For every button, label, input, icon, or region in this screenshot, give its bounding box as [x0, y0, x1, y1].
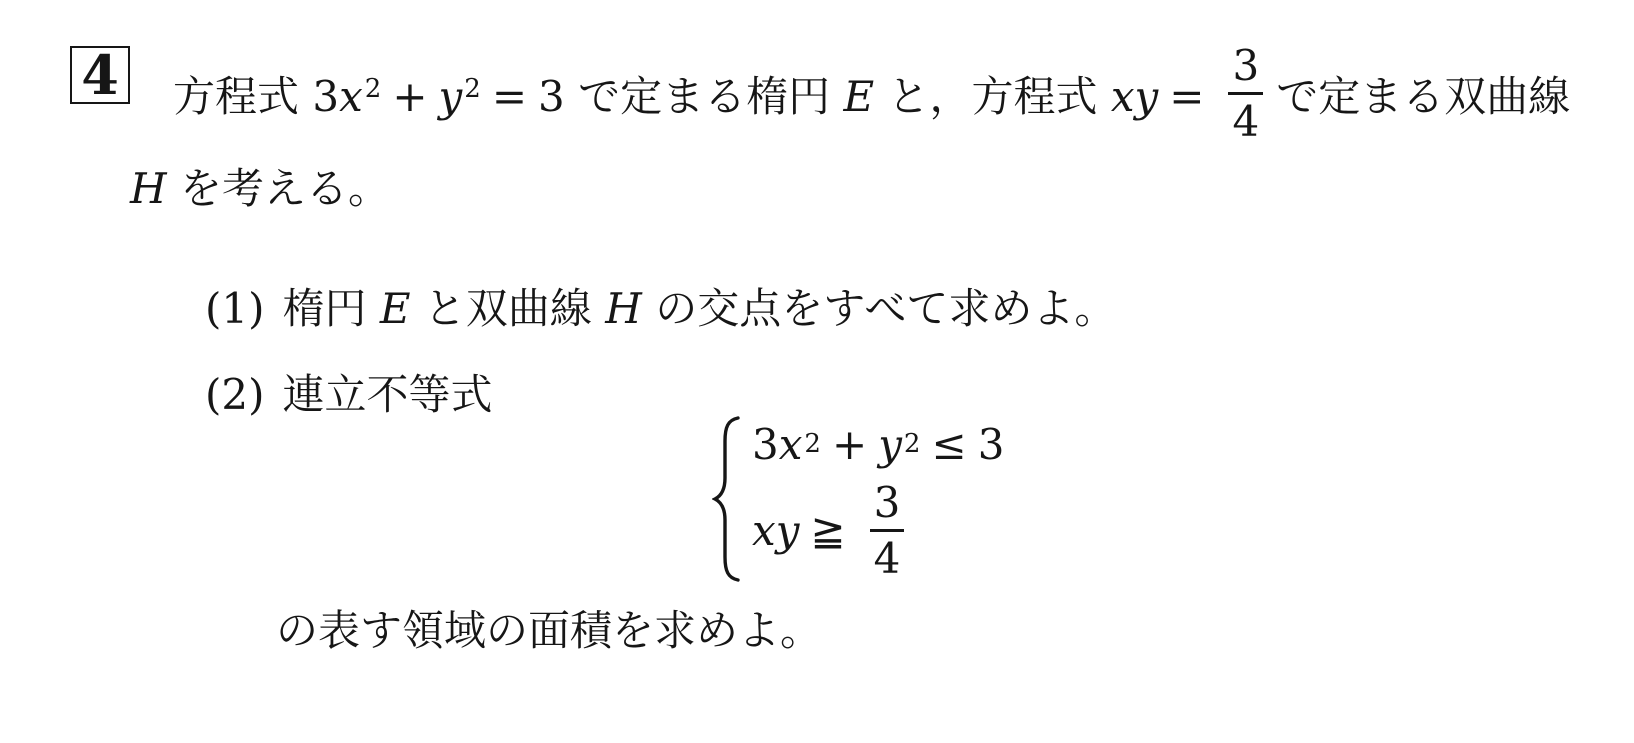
problem-number: 4 — [81, 43, 119, 107]
fraction-three-fourths: 34 — [870, 483, 905, 579]
item-2-label: 連立不等式 — [283, 362, 493, 422]
closing-text: の表す領域の面積を求めよ。 — [276, 598, 822, 658]
intro-text-3: と，方程式 — [874, 72, 1111, 121]
variable-x: x — [1111, 72, 1135, 121]
fraction-denominator: 4 — [870, 532, 905, 579]
variable-y: y — [439, 72, 463, 121]
right-hand-side: 3 — [538, 72, 565, 121]
inequality-rows: 3x2+y2≤3 xy≧34 — [752, 420, 1004, 579]
variable-y: y — [878, 420, 902, 469]
question-item-1: (1) 楕円 E と双曲線 H の交点をすべて求めよ。 — [205, 276, 1116, 336]
hyperbola-name: H — [605, 284, 642, 333]
ellipse-equation: 3x2+y2=3 — [312, 72, 564, 121]
item-2-marker: (2) — [205, 370, 265, 419]
hyperbola-name: H — [130, 164, 167, 213]
coefficient: 3 — [752, 420, 779, 469]
intro-text-1: 方程式 — [173, 72, 312, 121]
inequality-row-2: xy≧34 — [752, 483, 1004, 579]
left-brace — [712, 414, 742, 584]
inequality-row-1: 3x2+y2≤3 — [752, 420, 1004, 469]
item-1-marker: (1) — [205, 284, 265, 333]
coefficient: 3 — [312, 72, 339, 121]
item-1-text: 楕円 E と双曲線 H の交点をすべて求めよ。 — [283, 276, 1117, 336]
intro-text-2: で定まる楕円 — [565, 72, 844, 121]
fraction-numerator: 3 — [1228, 46, 1263, 92]
plus-sign: + — [832, 420, 867, 469]
variable-x: x — [779, 420, 803, 469]
exponent: 2 — [365, 74, 382, 104]
ellipse-name: E — [843, 72, 874, 121]
item-1-text-part: の交点をすべて求めよ。 — [642, 284, 1117, 333]
intro-text-5: を考える。 — [167, 164, 390, 213]
variable-y: y — [1135, 72, 1159, 121]
fraction-three-fourths: 3 4 — [1228, 46, 1263, 142]
fraction-numerator: 3 — [870, 483, 905, 529]
right-hand-side: 3 — [978, 420, 1005, 469]
greater-equal-sign: ≧ — [810, 506, 845, 555]
fraction-denominator: 4 — [1228, 95, 1263, 142]
exponent: 2 — [804, 429, 821, 459]
exponent: 2 — [904, 429, 921, 459]
plus-sign: + — [392, 72, 427, 121]
exponent: 2 — [464, 74, 481, 104]
equals-sign: = — [492, 72, 527, 121]
intro-line-2: H を考える。 — [130, 156, 390, 216]
variable-x: x — [339, 72, 363, 121]
item-1-text-part: 楕円 — [283, 284, 380, 333]
variable-y: y — [776, 506, 800, 555]
problem-number-box: 4 — [70, 46, 130, 104]
hyperbola-equation-lhs: xy= — [1111, 72, 1216, 121]
less-equal-sign: ≤ — [931, 420, 966, 469]
equals-sign: = — [1169, 72, 1204, 121]
inequality-system: 3x2+y2≤3 xy≧34 — [712, 414, 1004, 584]
ellipse-name: E — [380, 284, 411, 333]
intro-text-4: で定まる双曲線 — [1276, 64, 1570, 124]
question-item-2: (2) 連立不等式 — [205, 362, 493, 422]
intro-run-1: 方程式 3x2+y2=3 で定まる楕円 E と，方程式 xy= — [173, 64, 1215, 124]
intro-line-1: 方程式 3x2+y2=3 で定まる楕円 E と，方程式 xy= 3 4 で定まる… — [173, 36, 1570, 152]
item-1-text-part: と双曲線 — [411, 284, 606, 333]
variable-x: x — [752, 506, 776, 555]
